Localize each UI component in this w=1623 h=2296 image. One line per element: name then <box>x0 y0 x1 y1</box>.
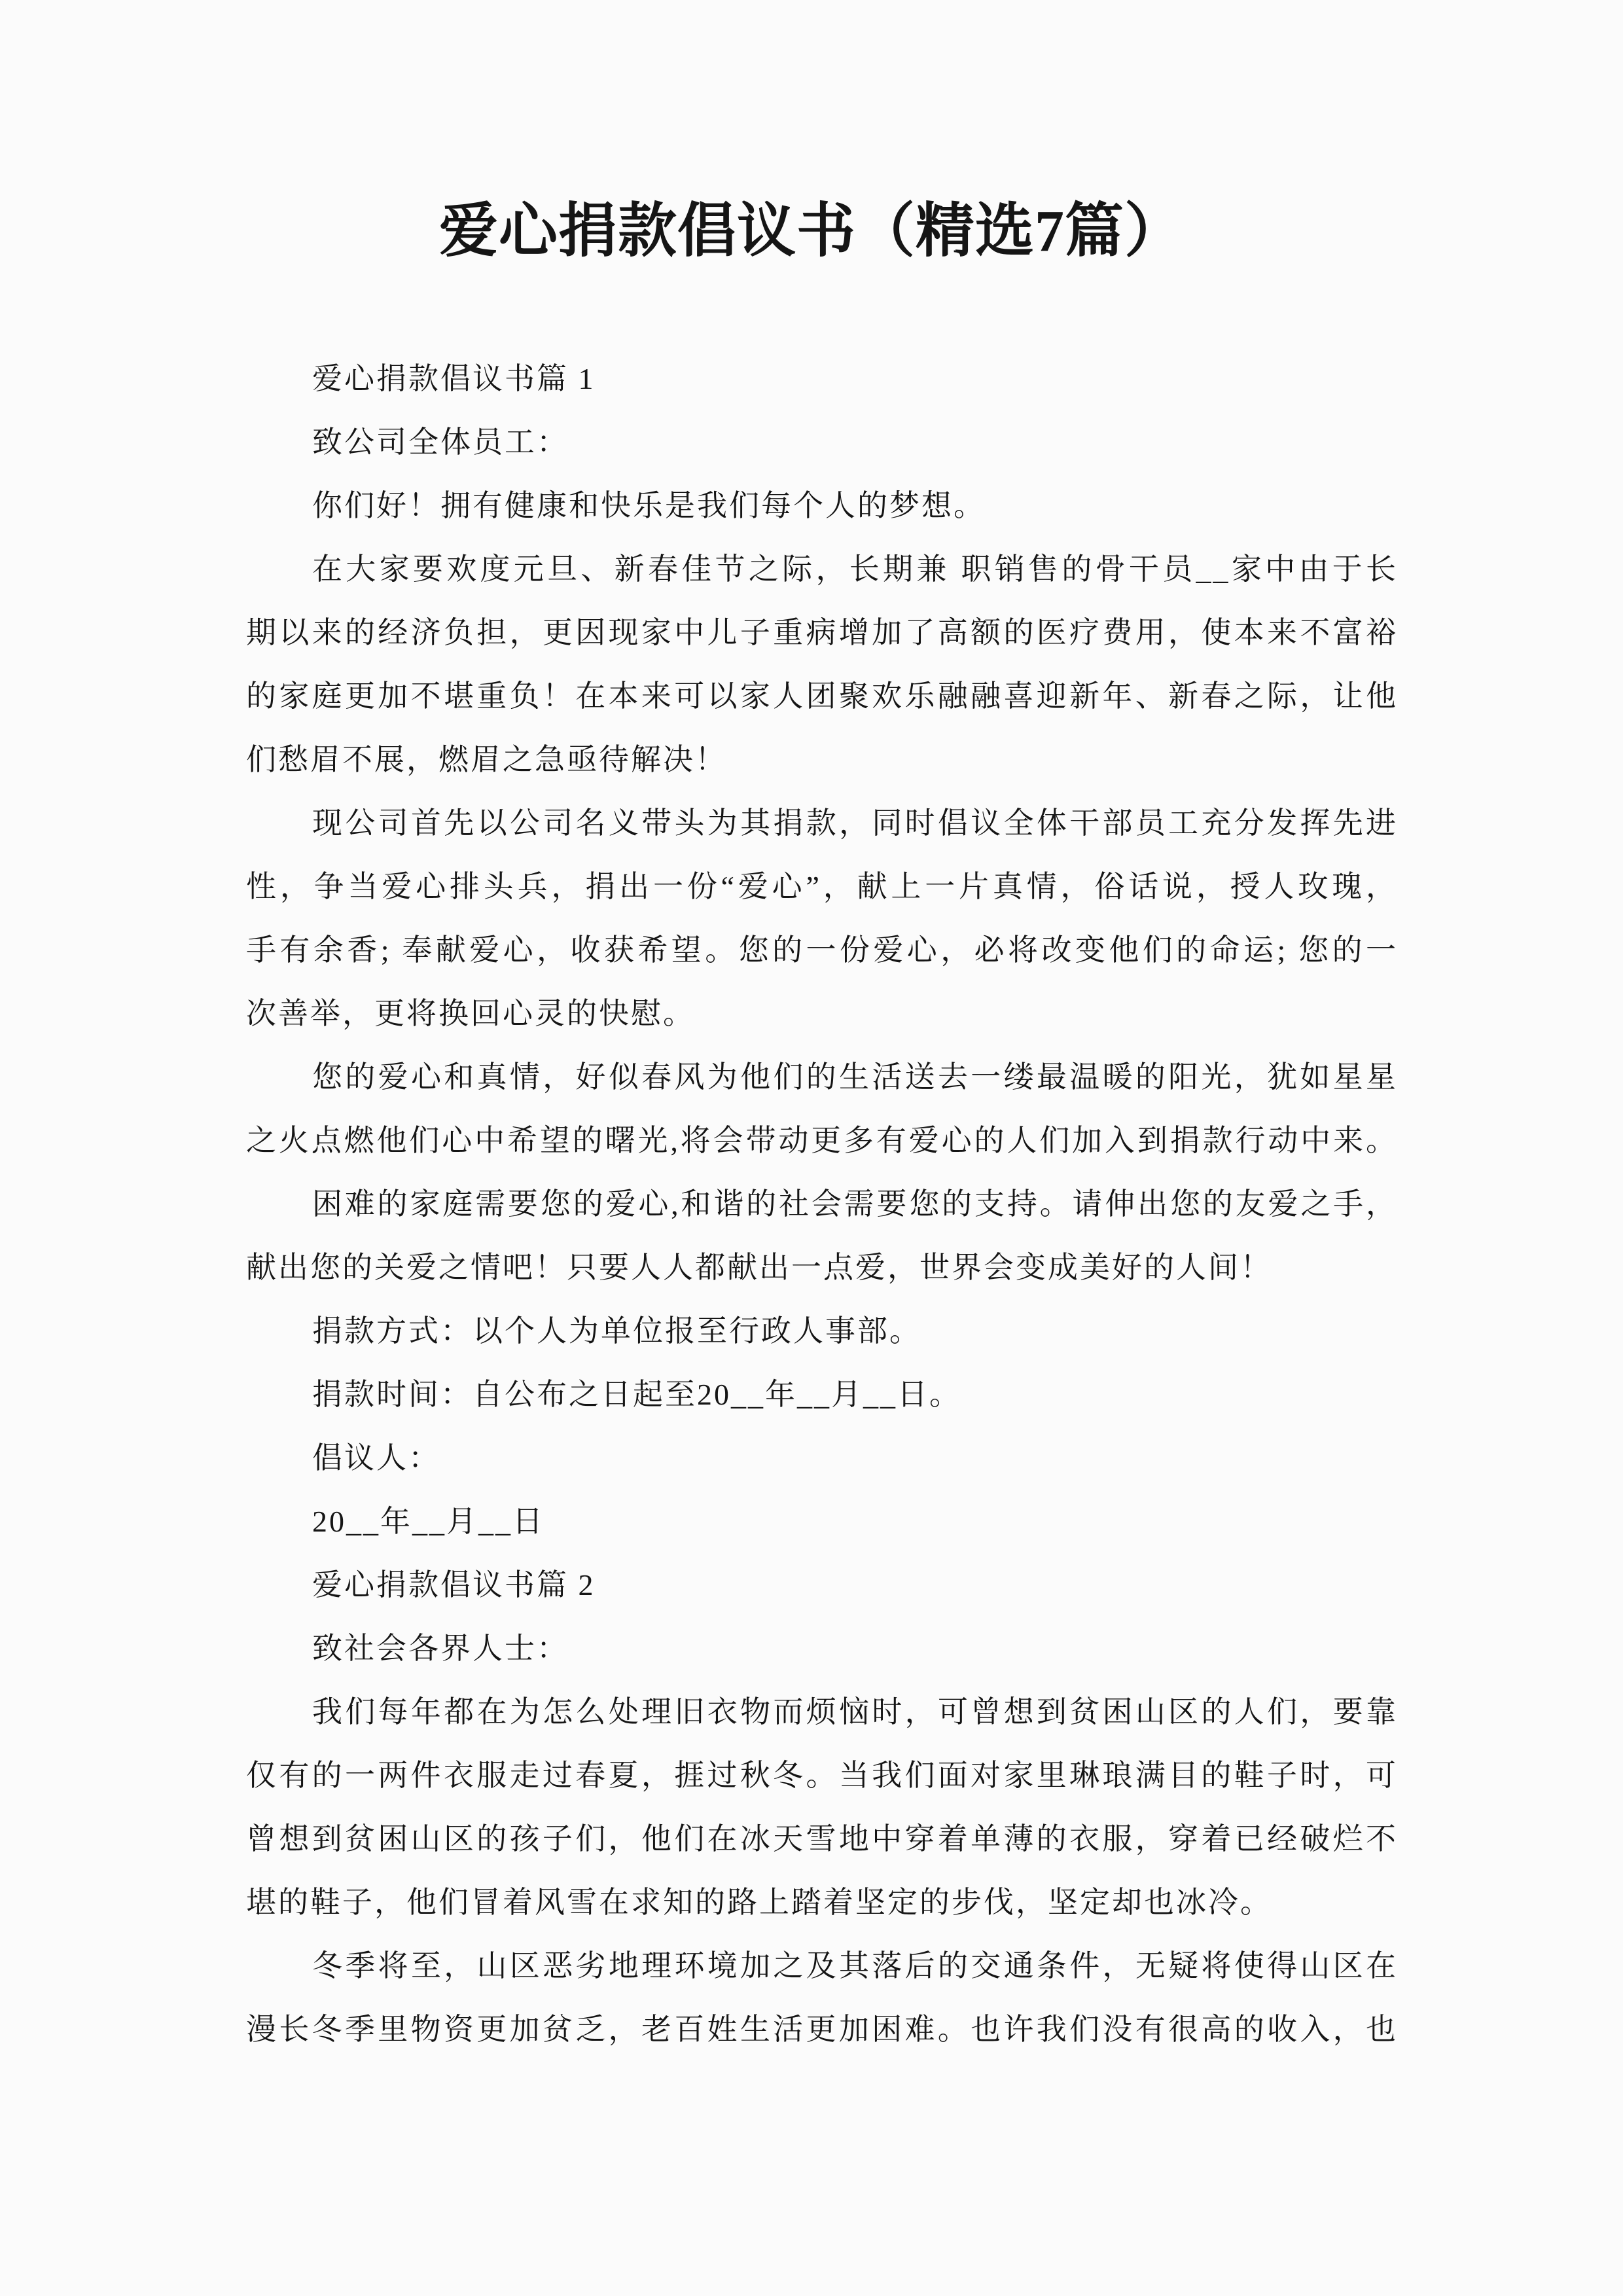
document-page: 爱心捐款倡议书（精选7篇） 爱心捐款倡议书篇 1致公司全体员工：你们好！拥有健康… <box>0 0 1623 2296</box>
text-line: 捐款方式：以个人为单位报至行政人事部。 <box>246 1299 1398 1363</box>
document-title: 爱心捐款倡议书（精选7篇） <box>0 199 1623 264</box>
text-line: 爱心捐款倡议书篇 1 <box>246 347 1398 410</box>
text-line: 期以来的经济负担，更因现家中儿子重病增加了高额的医疗费用，使本来不富裕 <box>246 601 1398 664</box>
text-line: 堪的鞋子，他们冒着风雪在求知的路上踏着坚定的步伐，坚定却也冰冷。 <box>246 1871 1398 1934</box>
text-line: 冬季将至，山区恶劣地理环境加之及其落后的交通条件，无疑将使得山区在 <box>246 1934 1398 1998</box>
text-line: 在大家要欢度元旦、新春佳节之际，长期兼 职销售的骨干员__家中由于长 <box>246 537 1398 601</box>
text-line: 献出您的关爱之情吧！只要人人都献出一点爱，世界会变成美好的人间！ <box>246 1236 1398 1299</box>
text-line: 性，争当爱心排头兵，捐出一份“爱心”，献上一片真情，俗话说，授人玫瑰， <box>246 855 1398 918</box>
text-line: 你们好！拥有健康和快乐是我们每个人的梦想。 <box>246 474 1398 537</box>
text-line: 曾想到贫困山区的孩子们，他们在冰天雪地中穿着单薄的衣服，穿着已经破烂不 <box>246 1807 1398 1871</box>
text-line: 致公司全体员工： <box>246 410 1398 474</box>
text-line: 漫长冬季里物资更加贫乏，老百姓生活更加困难。也许我们没有很高的收入，也 <box>246 1998 1398 2061</box>
text-line: 致社会各界人士： <box>246 1617 1398 1680</box>
text-line: 倡议人： <box>246 1426 1398 1490</box>
text-line: 爱心捐款倡议书篇 2 <box>246 1553 1398 1617</box>
document-body: 爱心捐款倡议书篇 1致公司全体员工：你们好！拥有健康和快乐是我们每个人的梦想。在… <box>246 347 1398 2061</box>
text-line: 们愁眉不展，燃眉之急亟待解决！ <box>246 728 1398 791</box>
text-line: 困难的家庭需要您的爱心,和谐的社会需要您的支持。请伸出您的友爱之手， <box>246 1172 1398 1236</box>
text-line: 次善举，更将换回心灵的快慰。 <box>246 982 1398 1045</box>
text-line: 的家庭更加不堪重负！在本来可以家人团聚欢乐融融喜迎新年、新春之际，让他 <box>246 664 1398 728</box>
text-line: 您的爱心和真情，好似春风为他们的生活送去一缕最温暖的阳光，犹如星星 <box>246 1045 1398 1109</box>
text-line: 现公司首先以公司名义带头为其捐款，同时倡议全体干部员工充分发挥先进 <box>246 791 1398 855</box>
text-line: 手有余香; 奉献爱心，收获希望。您的一份爱心，必将改变他们的命运; 您的一 <box>246 918 1398 982</box>
text-line: 仅有的一两件衣服走过春夏，捱过秋冬。当我们面对家里琳琅满目的鞋子时，可 <box>246 1744 1398 1807</box>
text-line: 我们每年都在为怎么处理旧衣物而烦恼时，可曾想到贫困山区的人们，要靠 <box>246 1680 1398 1744</box>
text-line: 之火点燃他们心中希望的曙光,将会带动更多有爱心的人们加入到捐款行动中来。 <box>246 1109 1398 1172</box>
text-line: 20__年__月__日 <box>246 1490 1398 1553</box>
text-line: 捐款时间：自公布之日起至20__年__月__日。 <box>246 1363 1398 1426</box>
